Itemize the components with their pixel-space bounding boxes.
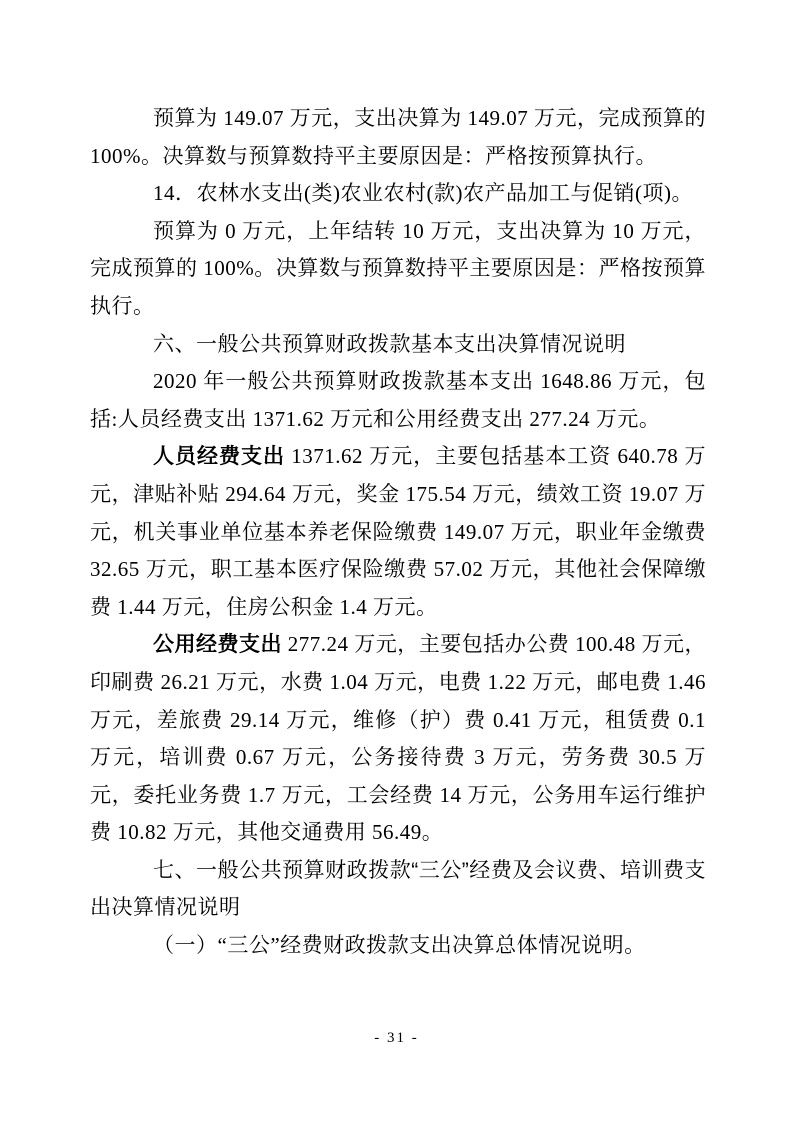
personnel-expense-detail: 1371.62 万元，主要包括基本工资 640.78 万元，津贴补贴 294.6… [90, 444, 706, 618]
paragraph-subsection-1-title: （一）“三公”经费财政拨款支出决算总体情况说明。 [90, 927, 706, 965]
public-expense-label: 公用经费支出 [153, 632, 282, 656]
section-heading-6: 六、一般公共预算财政拨款基本支出决算情况说明 [90, 326, 706, 364]
paragraph-public-expense: 公用经费支出 277.24 万元，主要包括办公费 100.48 万元，印刷费 2… [90, 626, 706, 852]
paragraph-personnel-expense: 人员经费支出 1371.62 万元，主要包括基本工资 640.78 万元，津贴补… [90, 438, 706, 626]
paragraph-budget-149: 预算为 149.07 万元，支出决算为 149.07 万元，完成预算的 100%… [90, 100, 706, 175]
paragraph-item-14-title: 14．农林水支出(类)农业农村(款)农产品加工与促销(项)。 [90, 175, 706, 213]
personnel-expense-label: 人员经费支出 [153, 444, 285, 468]
document-body: 预算为 149.07 万元，支出决算为 149.07 万元，完成预算的 100%… [90, 100, 706, 965]
paragraph-budget-0: 预算为 0 万元，上年结转 10 万元，支出决算为 10 万元，完成预算的 10… [90, 213, 706, 326]
section-heading-7: 七、一般公共预算财政拨款“三公”经费及会议费、培训费支出决算情况说明 [90, 852, 706, 927]
document-page: 预算为 149.07 万元，支出决算为 149.07 万元，完成预算的 100%… [0, 0, 793, 1122]
page-number: - 31 - [0, 1030, 793, 1047]
public-expense-detail: 277.24 万元，主要包括办公费 100.48 万元，印刷费 26.21 万元… [90, 632, 706, 844]
paragraph-basic-expense-total: 2020 年一般公共预算财政拨款基本支出 1648.86 万元，包括:人员经费支… [90, 363, 706, 438]
